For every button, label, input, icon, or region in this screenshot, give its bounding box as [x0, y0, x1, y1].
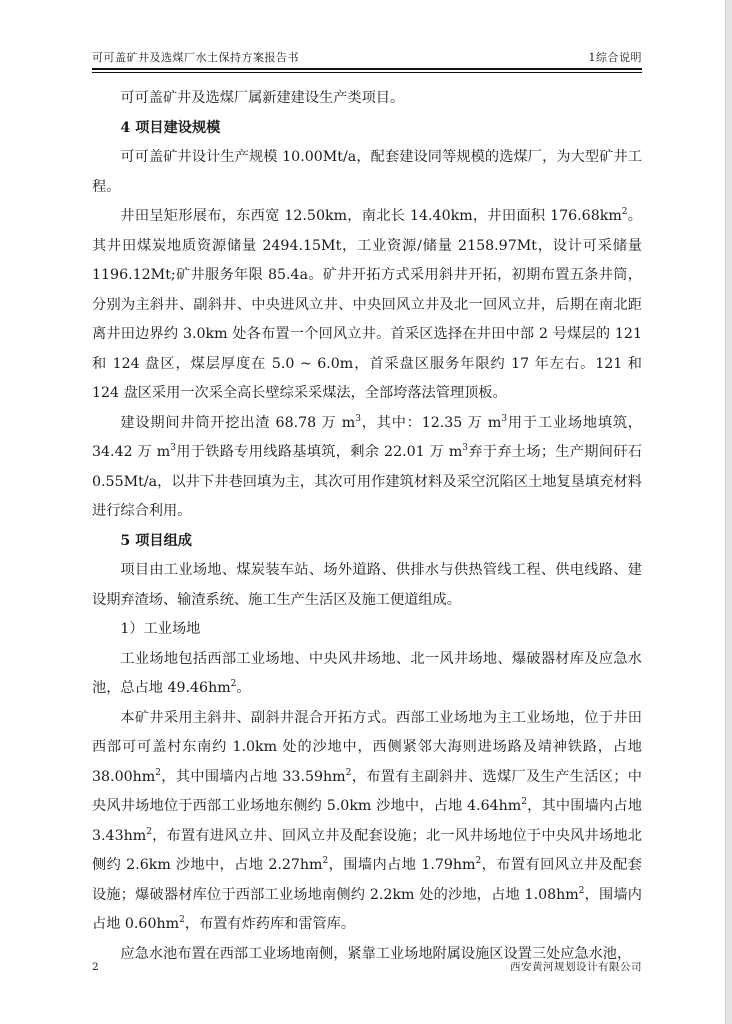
report-title: 可可盖矿井及选煤厂水土保持方案报告书 — [92, 50, 299, 66]
header-double-rule — [92, 68, 642, 73]
document-page: 可可盖矿井及选煤厂水土保持方案报告书 1综合说明 可可盖矿井及选煤厂属新建建设生… — [0, 0, 726, 1024]
company-name: 西安黄河规划设计有限公司 — [510, 959, 642, 975]
section-5-paragraph-2: 工业场地包括西部工业场地、中央风井场地、北一风井场地、爆破器材库及应急水池，总占… — [92, 645, 642, 704]
intro-paragraph: 可可盖矿井及选煤厂属新建建设生产类项目。 — [92, 84, 642, 114]
body-text: 可可盖矿井及选煤厂属新建建设生产类项目。 4 项目建设规模 可可盖矿井设计生产规… — [92, 84, 642, 969]
section-4-paragraph-2: 井田呈矩形展布，东西宽 12.50km，南北长 14.40km，井田面积 176… — [92, 202, 642, 409]
section-4-paragraph-1: 可可盖矿井设计生产规模 10.00Mt/a，配套建设同等规模的选煤厂，为大型矿井… — [92, 143, 642, 202]
section-5-paragraph-3: 本矿井采用主斜井、副斜井混合开拓方式。西部工业场地为主工业场地，位于井田西部可可… — [92, 704, 642, 940]
section-5-paragraph-1: 项目由工业场地、煤炭装车站、场外道路、供排水与供热管线工程、供电线路、建设期弃渣… — [92, 556, 642, 615]
scrollbar-track[interactable] — [725, 0, 732, 1024]
header-rule-thin — [92, 72, 642, 73]
page-number: 2 — [92, 959, 99, 975]
chapter-title: 1综合说明 — [589, 50, 643, 66]
subsection-1-heading: 1）工业场地 — [92, 615, 642, 645]
page-footer: 2 西安黄河规划设计有限公司 — [92, 959, 642, 975]
header-rule-thick — [92, 68, 642, 70]
running-header: 可可盖矿井及选煤厂水土保持方案报告书 1综合说明 — [92, 50, 642, 66]
section-5-heading: 5 项目组成 — [92, 527, 642, 557]
section-4-heading: 4 项目建设规模 — [92, 114, 642, 144]
section-4-paragraph-3: 建设期间井筒开挖出渣 68.78 万 m3，其中：12.35 万 m3用于工业场… — [92, 409, 642, 527]
